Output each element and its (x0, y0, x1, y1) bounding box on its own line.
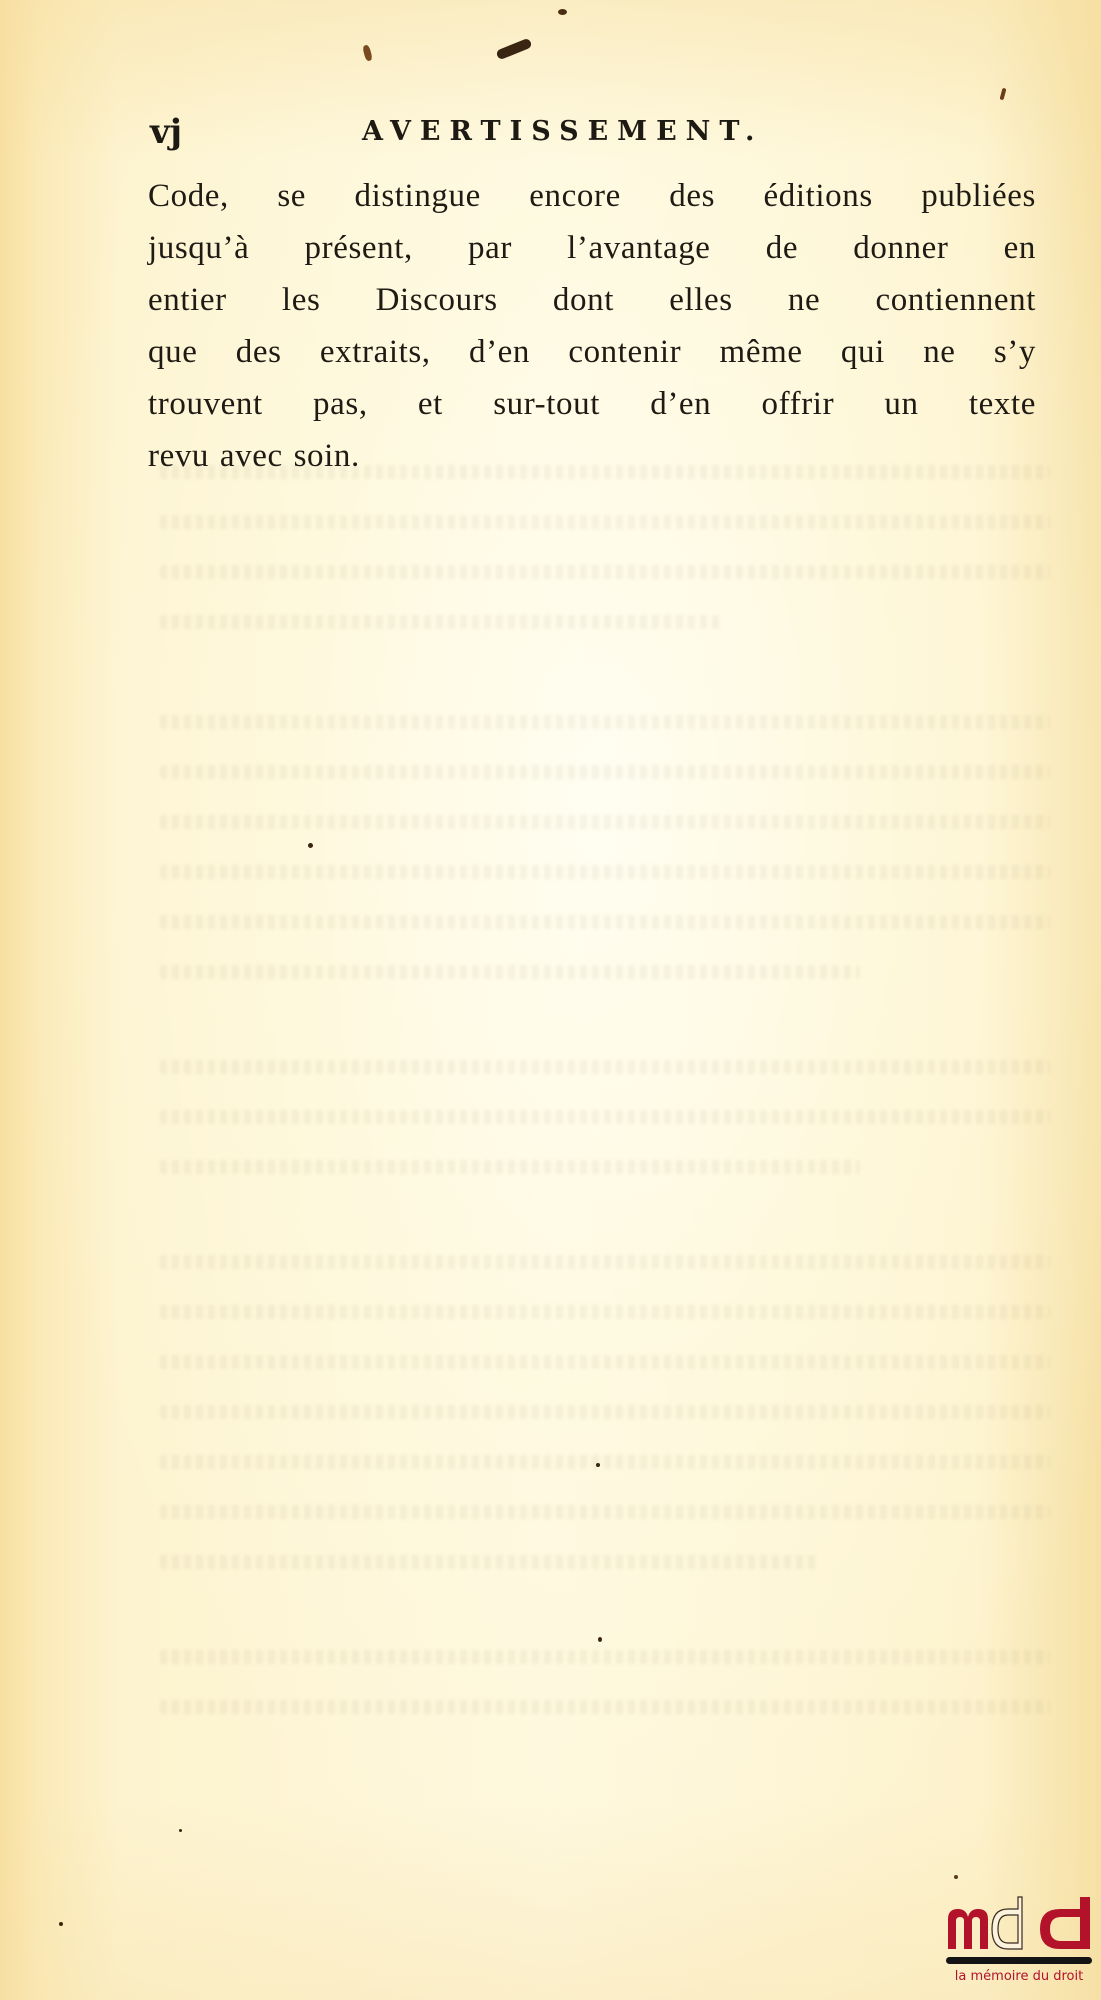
text-line: que des extraits, d’en contenir même qui… (148, 326, 1036, 378)
text-line: trouvent pas, et sur-tout d’en offrir un… (148, 378, 1036, 430)
ink-speck (59, 1922, 63, 1926)
ink-speck (596, 1463, 600, 1467)
bleed-through-line (160, 515, 1050, 529)
bleed-through-line (160, 1110, 1050, 1124)
logo-tagline: la mémoire du droit (942, 1969, 1096, 1984)
ink-speck (308, 843, 313, 848)
paragraph: Code, se distingue encore des éditions p… (148, 170, 1036, 482)
ink-speck (598, 1637, 602, 1642)
ink-speck (179, 1829, 182, 1832)
bleed-through-line (160, 1160, 860, 1174)
text-line: revu avec soin. (148, 430, 1036, 482)
ink-speck (362, 44, 373, 61)
bleed-through-line (160, 1700, 1050, 1714)
page-number: vj (150, 112, 182, 152)
bleed-through-line (160, 1650, 1050, 1664)
text-line: Code, se distingue encore des éditions p… (148, 170, 1036, 222)
bleed-through-line (160, 1060, 1050, 1074)
ink-speck (558, 9, 567, 15)
ink-speck (495, 38, 532, 61)
bleed-through-line (160, 765, 1050, 779)
bleed-through-line (160, 915, 1050, 929)
ink-speck (1000, 88, 1007, 101)
bleed-through-line (160, 1405, 1050, 1419)
mdd-watermark-logo: la mémoire du droit (942, 1895, 1096, 1995)
bleed-through-line (160, 965, 860, 979)
bleed-through-line (160, 1355, 1050, 1369)
bleed-through-line (160, 1555, 820, 1569)
scanned-page: vj AVERTISSEMENT. Code, se distingue enc… (0, 0, 1101, 2000)
bleed-through-line (160, 1505, 1050, 1519)
bleed-through-line (160, 815, 1050, 829)
bleed-through-line (160, 1455, 1050, 1469)
bleed-through-line (160, 565, 1050, 579)
bleed-through-line (160, 715, 1050, 729)
bleed-through-line (160, 1255, 1050, 1269)
bleed-through-line (160, 1305, 1050, 1319)
bleed-through-line (160, 615, 720, 629)
logo-underline (946, 1957, 1092, 1964)
running-head: AVERTISSEMENT. (362, 116, 763, 147)
ink-speck (954, 1875, 958, 1879)
mdd-logo-icon (944, 1895, 1094, 1951)
text-line: jusqu’à présent, par l’avantage de donne… (148, 222, 1036, 274)
text-line: entier les Discours dont elles ne contie… (148, 274, 1036, 326)
page-header: vj AVERTISSEMENT. (150, 112, 1030, 152)
bleed-through-line (160, 865, 1050, 879)
